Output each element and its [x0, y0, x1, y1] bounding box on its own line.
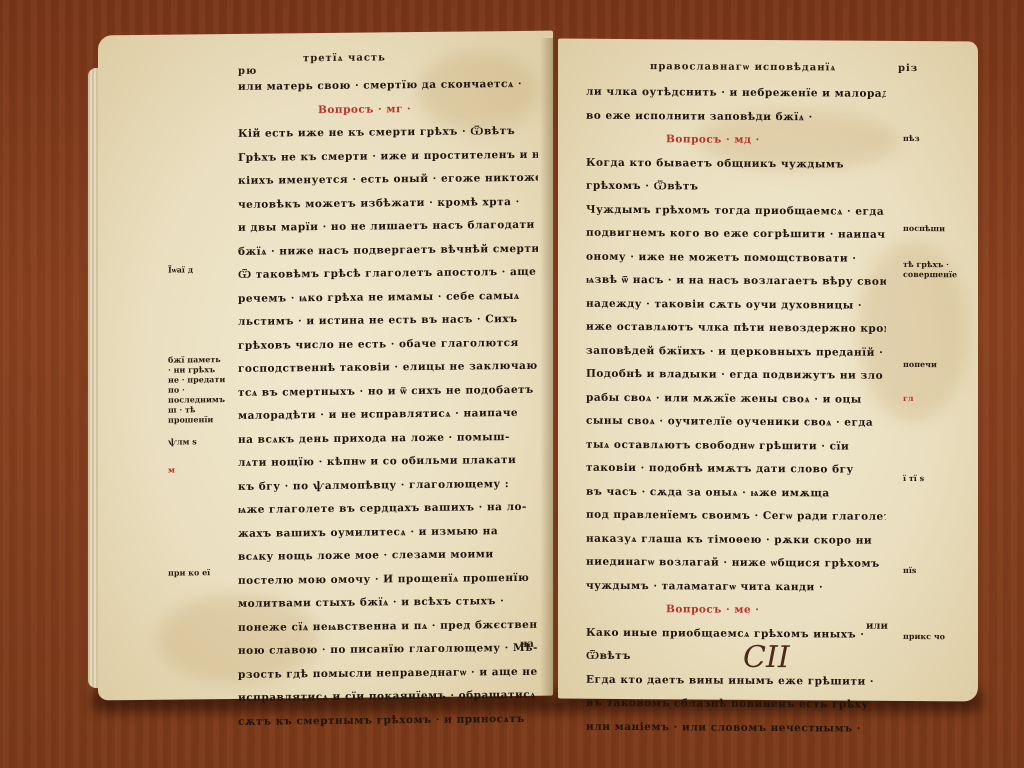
text-line: ѩже глаголете въ сердцахъ вашихъ · на ло…	[238, 496, 538, 523]
text-line: льстимъ · и истина не есть въ насъ · Сих…	[238, 308, 538, 335]
text-line: или маніемъ · или словомъ нечестнымъ ·	[586, 715, 886, 741]
margin-note: попечи	[903, 359, 961, 369]
text-line: грѣхомъ · Ѿвѣтъ	[586, 175, 886, 201]
text-line: Ѿ таковѣмъ грѣсѣ глаголетъ апостолъ · ащ…	[238, 261, 538, 288]
text-line: Вопросъ · мг ·	[238, 96, 538, 123]
text-line: чуждымъ · таламатагѡ чита канди ·	[586, 574, 886, 600]
right-folio-number: різ	[898, 63, 918, 74]
margin-note: прикс чо	[903, 631, 961, 641]
text-line: сѫтъ къ смертнымъ грѣхомъ · и приносѧтъ	[238, 707, 538, 734]
text-line: ною славою · по писанїю глаголющему · Мѣ…	[238, 637, 538, 664]
text-line: Грѣхъ не къ смерти · иже и простителенъ …	[238, 143, 538, 170]
margin-note: гл	[903, 393, 961, 403]
margin-note: Їѡаї д	[168, 264, 226, 275]
text-line: ѩзвѣ ѿ насъ · и на насъ возлагаетъ вѣру …	[586, 269, 886, 295]
text-line: речемъ · ѩко грѣха не имамы · себе самыѧ	[238, 284, 538, 311]
text-line: тыѧ оставлѧютъ свободнѡ грѣшити · сїи	[586, 433, 886, 459]
text-line: молитвами стыхъ бжїѧ · и всѣхъ стыхъ ·	[238, 590, 538, 617]
open-book: рю третїѧ часть или матерь свою · смертї…	[88, 28, 983, 708]
text-line: всѧку нощь ложе мое · слезами моими	[238, 543, 538, 570]
text-line: исправлятисѧ и сїи покаянїемъ · обращати…	[238, 684, 538, 711]
text-line: надежду · таковіи сѫть оучи духовницы ·	[586, 292, 886, 318]
text-line: таковіи · подобнѣ имѫтъ дати слово бгу	[586, 457, 886, 483]
margin-note: бжї паметь · ни грѣхъ не · предати по · …	[168, 354, 226, 425]
text-line: Ѿвѣтъ	[586, 645, 886, 671]
text-line: или матерь свою · смертїю да скончаетсѧ …	[238, 73, 538, 100]
margin-note: тѣ грѣхъ · совершенїе	[903, 259, 961, 279]
text-line: человѣкъ можетъ избѣжати · кромѣ хрта ·	[238, 190, 538, 217]
text-line: и двы марїи · но не лишаетъ насъ благода…	[238, 214, 538, 241]
text-line: рзость гдѣ помысли неправеднагѡ · и аще …	[238, 660, 538, 687]
left-page: рю третїѧ часть или матерь свою · смертї…	[98, 31, 553, 701]
right-page: православнагѡ исповѣданїѧ різ ли члка оу…	[558, 39, 978, 702]
margin-note: поспѣши	[903, 223, 961, 233]
text-line: на всѧкъ день прихода на ложе · помыш-	[238, 425, 538, 452]
text-line: господственнѣ таковіи · елицы не заключа…	[238, 355, 538, 382]
text-line: жахъ вашихъ оумилитесѧ · и измыю на	[238, 519, 538, 546]
text-line: бжїѧ · ниже насъ подвергаетъ вѣчнѣй смер…	[238, 237, 538, 264]
margin-note: м	[168, 464, 226, 475]
text-line: Когда кто бываетъ общникъ чуждымъ	[586, 151, 886, 177]
left-running-head: третїѧ часть	[303, 52, 386, 64]
text-line: понеже сїѧ неѩвственна и пѧ · пред бжєст…	[238, 613, 538, 640]
left-catchword: на	[520, 639, 534, 650]
text-line: иже оставлѧютъ члка пѣти невоздержно кро…	[586, 316, 886, 342]
text-line: кіихъ именуется · есть оный · егоже никт…	[238, 167, 538, 194]
text-line: къ бгу · по ѱалмопѣвцу · глаголющему :	[238, 472, 538, 499]
text-line: под правленїемъ своимъ · Сегѡ ради глаго…	[586, 504, 886, 530]
text-line: рабы своѧ · или мѫжїе жены своѧ · и оцы	[586, 386, 886, 412]
text-line: сыны своѧ · оучителїе оученики своѧ · ег…	[586, 410, 886, 436]
left-page-text: или матерь свою · смертїю да скончаетсѧ …	[238, 73, 538, 734]
margin-note: пѣз	[903, 133, 961, 143]
handwritten-foliation: СII	[743, 640, 790, 675]
text-line: оному · иже не можетъ помощствовати ·	[586, 245, 886, 271]
right-catchword: или	[866, 621, 888, 632]
text-line: въ часъ · сѫда за оныѧ · ѩже имѫща	[586, 480, 886, 506]
text-line: Како иные приобщаемсѧ грѣхомъ иныхъ ·	[586, 621, 886, 647]
text-line: Подобнѣ и владыки · егда подвижутъ ни зл…	[586, 363, 886, 389]
text-line: во еже исполнити заповѣди бжїѧ ·	[586, 104, 886, 130]
margin-note: пїѕ	[903, 565, 961, 575]
text-line: грѣховъ число не есть · обаче глаголются	[238, 331, 538, 358]
text-line: ниединагѡ возлагай · ниже ѡбщися грѣхомъ	[586, 551, 886, 577]
margin-note: ї тї ѕ	[903, 473, 961, 483]
text-line: Вопросъ · мд ·	[586, 128, 886, 154]
text-line: Чуждымъ грѣхомъ тогда приобщаемсѧ · егда	[586, 198, 886, 224]
text-line: заповѣдей бжїихъ · и церковныхъ преданїй…	[586, 339, 886, 365]
text-line: Кій есть иже не къ смерти грѣхъ · Ѿвѣтъ	[238, 120, 538, 147]
margin-note: при ко еї	[168, 567, 226, 578]
right-running-head: православнагѡ исповѣданїѧ	[650, 61, 836, 73]
text-line: ли члка оутѣдснить · и небреженїе и мало…	[586, 81, 886, 107]
right-page-text: ли члка оутѣдснить · и небреженїе и мало…	[586, 81, 886, 741]
text-line: тсѧ въ смертныхъ · но и ѿ сихъ не подоба…	[238, 378, 538, 405]
text-line: Егда кто даетъ вины инымъ еже грѣшити ·	[586, 668, 886, 694]
text-line: въ таковомъ сблазнѣ повиненъ есть грѣху	[586, 692, 886, 718]
text-line: постелю мою омочу · И прощенїѧ прошенїю	[238, 566, 538, 593]
text-line: Вопросъ · ме ·	[586, 598, 886, 624]
text-line: подвигнемъ кого во еже согрѣшити · наипа…	[586, 222, 886, 248]
text-line: наказуѧ глаша къ тімоѳею · рѫки скоро ни	[586, 527, 886, 553]
text-line: лѧти нощїю · кѣпнѡ и со обильми плакати	[238, 449, 538, 476]
text-line: малорадѣти · и не исправлятисѧ · наипаче	[238, 402, 538, 429]
margin-note: ѱлм ѕ	[168, 436, 226, 447]
